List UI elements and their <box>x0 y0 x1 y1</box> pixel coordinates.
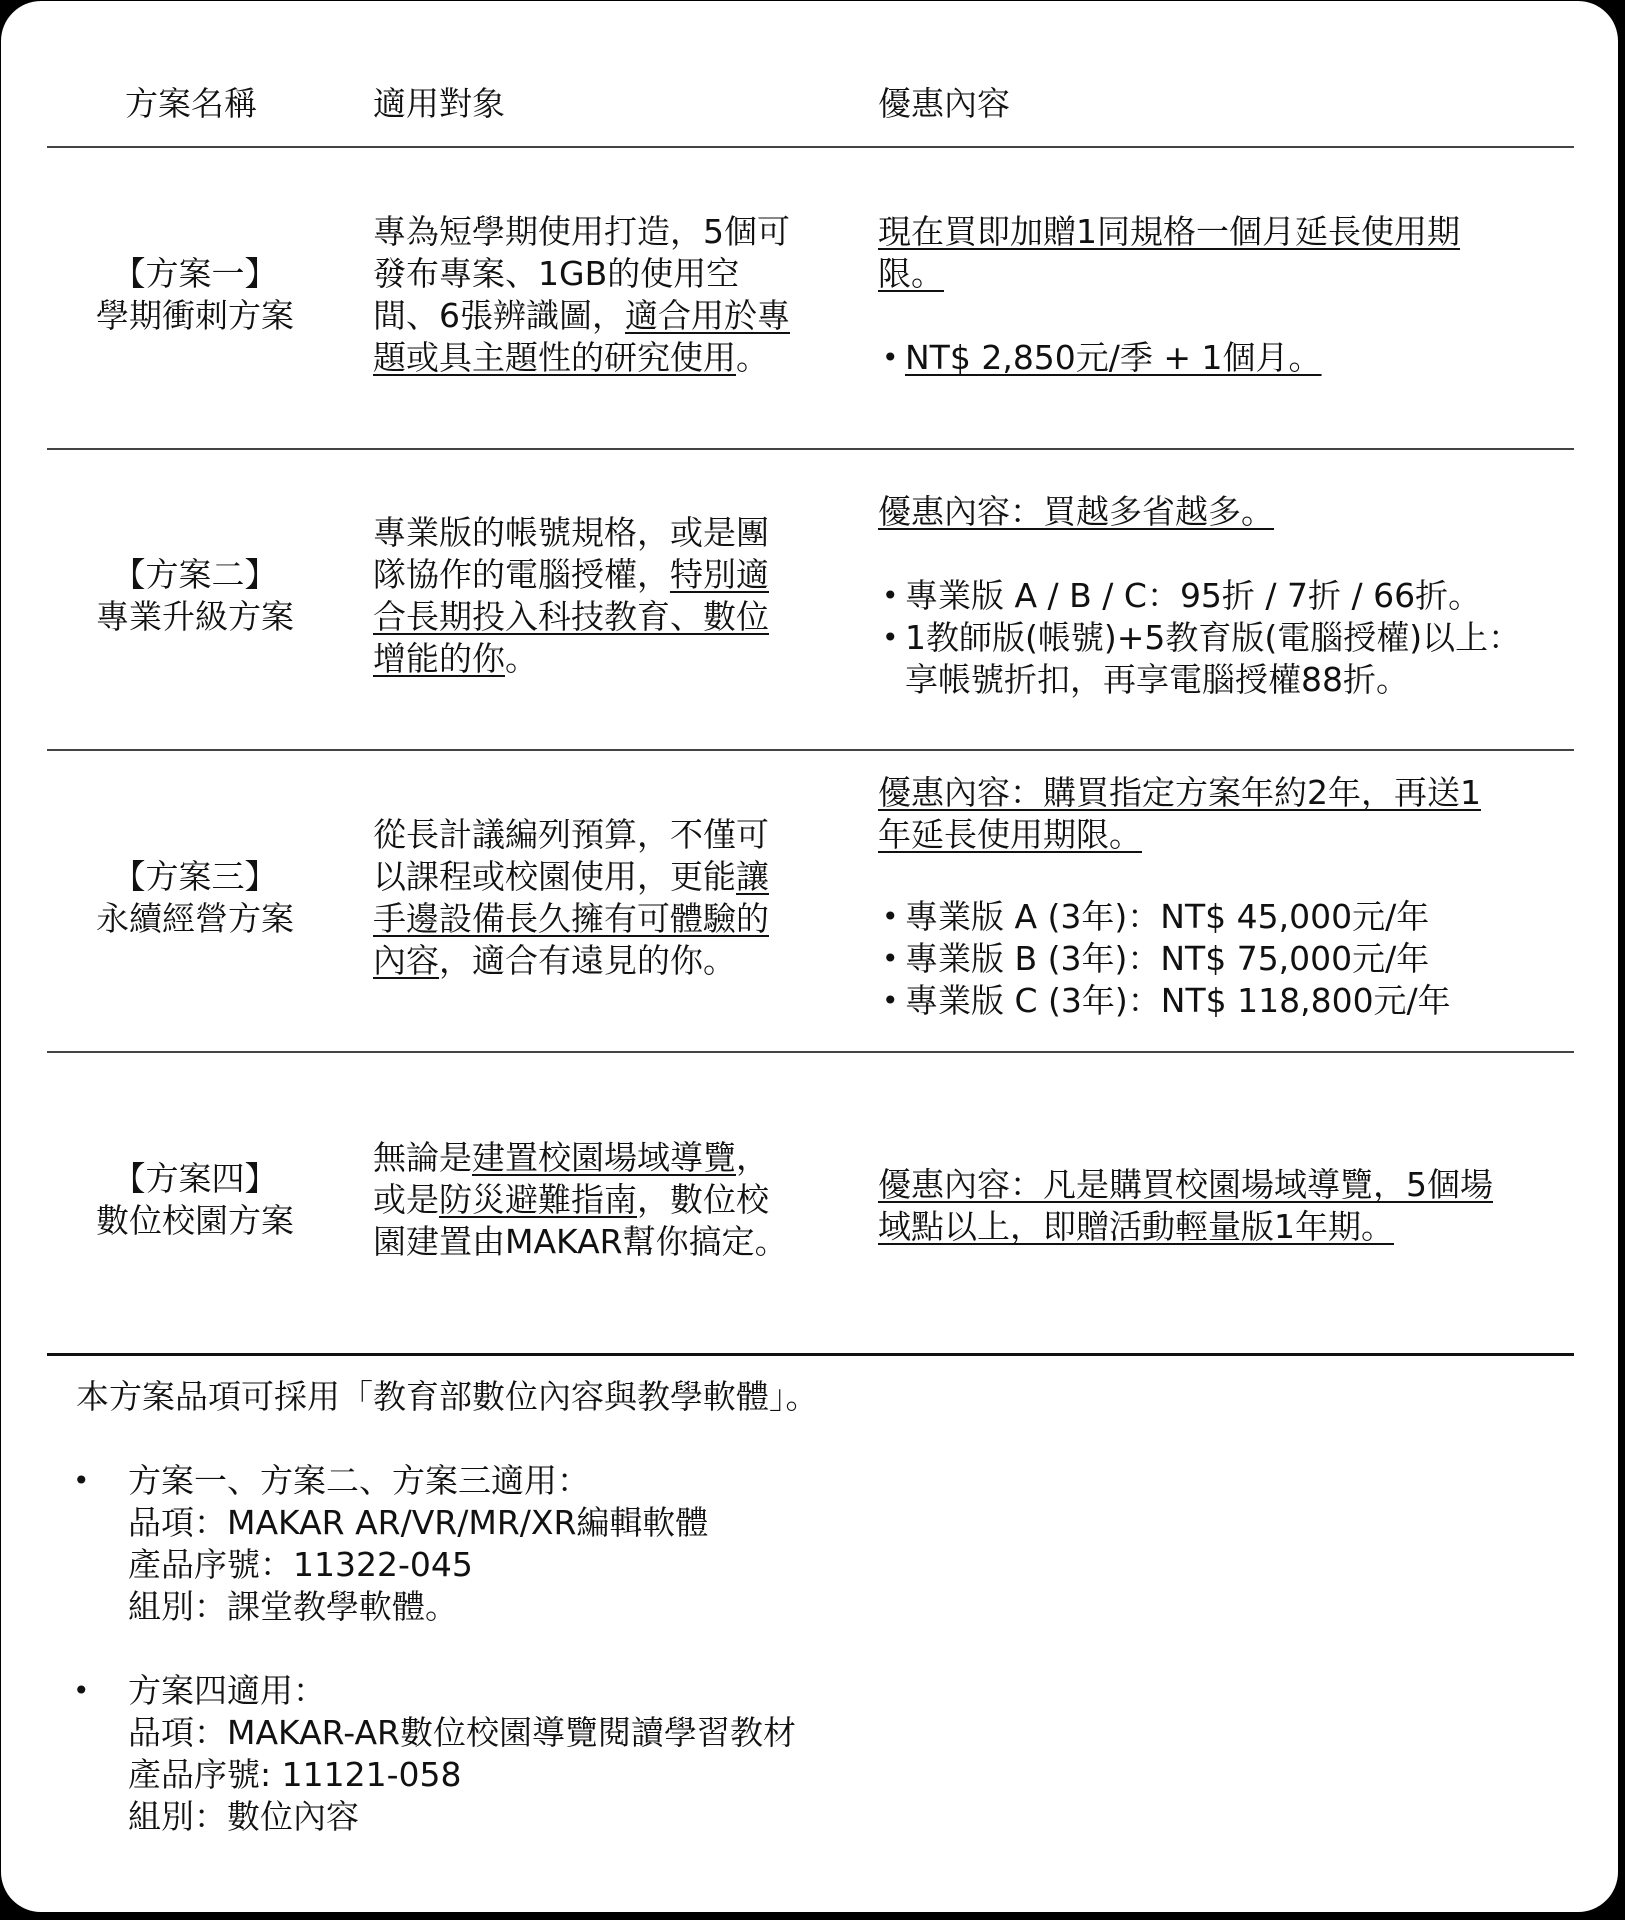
plan-1-offer-text: 限。 <box>878 254 944 293</box>
plan-1-name: 學期衝刺方案 <box>47 295 343 337</box>
bullet-icon: • <box>73 1460 90 1502</box>
plan-1-offer-text: 現在買即加贈1同規格一個月延長使用期 <box>878 212 1460 251</box>
footer-group-item: 品項：MAKAR AR/VR/MR/XR編輯軟體 <box>128 1502 819 1544</box>
plan-2-offer-text: 優惠內容：買越多省越多。 <box>878 492 1274 531</box>
plan-4-name: 數位校園方案 <box>47 1200 343 1242</box>
plan-4-title: 【方案四】 數位校園方案 <box>47 1158 343 1242</box>
bullet-icon: • <box>882 938 899 980</box>
footer-group-serial: 產品序號: 11121-058 <box>128 1754 819 1796</box>
plan-2-target-highlight: 增能的你 <box>373 639 505 678</box>
plan-3-target-highlight: 手邊設備長久擁有可體驗的 <box>373 899 769 938</box>
bullet-icon: • <box>882 980 899 1022</box>
plan-1-target-highlight: 適合用於專 <box>625 296 790 335</box>
bullet-icon: • <box>882 337 899 379</box>
plan-1-target-line: 發布專案、1GB的使用空 <box>373 253 790 295</box>
footer-notes: 本方案品項可採用「教育部數位內容與教學軟體」。 • 方案一、方案二、方案三適用：… <box>76 1376 819 1838</box>
plan-2-target-highlight: 合長期投入科技教育、數位 <box>373 597 769 636</box>
plan-2-target: 專業版的帳號規格，或是團 隊協作的電腦授權，特別適 合長期投入科技教育、數位 增… <box>373 512 769 680</box>
header-divider <box>47 146 1574 148</box>
plan-2-offer: 優惠內容：買越多省越多。 •專業版 A / B / C：95折 / 7折 / 6… <box>878 491 1521 701</box>
row-divider <box>47 749 1574 751</box>
plan-4-target-highlight: 建置校園場域導覽 <box>472 1138 736 1177</box>
footer-group-category: 組別：課堂教學軟體。 <box>128 1586 819 1628</box>
plan-4-offer-text: 優惠內容：凡是購買校園場域導覽，5個場 <box>878 1165 1493 1204</box>
plan-1-target-line: 題或具主題性的研究使用。 <box>373 337 790 379</box>
plan-4-label: 【方案四】 <box>47 1158 343 1200</box>
header-target: 適用對象 <box>373 83 505 125</box>
plan-3-target-highlight: 讓 <box>736 857 769 896</box>
bullet-icon: • <box>882 617 899 659</box>
plan-1-target-line: 專為短學期使用打造，5個可 <box>373 211 790 253</box>
plan-1-target-line: 間、6張辨識圖，適合用於專 <box>373 295 790 337</box>
plan-2-offer-bullet: •1教師版(帳號)+5教育版(電腦授權)以上： <box>878 617 1521 659</box>
footer-group-2: • 方案四適用： 品項：MAKAR-AR數位校園導覽閱讀學習教材 產品序號: 1… <box>76 1670 819 1838</box>
plans-card: 方案名稱 適用對象 優惠內容 【方案一】 學期衝刺方案 專為短學期使用打造，5個… <box>1 1 1618 1912</box>
plan-3-target-highlight: 內容 <box>373 941 439 980</box>
footer-intro: 本方案品項可採用「教育部數位內容與教學軟體」。 <box>76 1376 819 1418</box>
footer-group-category: 組別：數位內容 <box>128 1796 819 1838</box>
plan-4-target-highlight: 防災避難指南 <box>439 1180 637 1219</box>
plan-3-offer-text: 年延長使用期限。 <box>878 815 1142 854</box>
plan-3-offer-bullet: •專業版 B (3年)：NT$ 75,000元/年 <box>878 938 1481 980</box>
plan-1-label: 【方案一】 <box>47 253 343 295</box>
header-offer: 優惠內容 <box>878 83 1010 125</box>
header-plan-name: 方案名稱 <box>125 83 257 125</box>
plan-3-offer-bullet: •專業版 A (3年)：NT$ 45,000元/年 <box>878 896 1481 938</box>
footer-group-1: • 方案一、方案二、方案三適用： 品項：MAKAR AR/VR/MR/XR編輯軟… <box>76 1460 819 1628</box>
bullet-icon: • <box>73 1670 90 1712</box>
plan-1-offer: 現在買即加贈1同規格一個月延長使用期 限。 •NT$ 2,850元/季 + 1個… <box>878 211 1460 379</box>
plan-3-name: 永續經營方案 <box>47 898 343 940</box>
plan-1-title: 【方案一】 學期衝刺方案 <box>47 253 343 337</box>
plan-3-target: 從長計議編列預算，不僅可 以課程或校園使用，更能讓 手邊設備長久擁有可體驗的 內… <box>373 814 769 982</box>
footer-group-title: 方案一、方案二、方案三適用： <box>128 1460 819 1502</box>
footer-group-item: 品項：MAKAR-AR數位校園導覽閱讀學習教材 <box>128 1712 819 1754</box>
footer-group-serial: 產品序號：11322-045 <box>128 1544 819 1586</box>
plan-3-label: 【方案三】 <box>47 856 343 898</box>
plan-3-title: 【方案三】 永續經營方案 <box>47 856 343 940</box>
plan-2-label: 【方案二】 <box>47 554 343 596</box>
plan-4-offer-text: 域點以上，即贈活動輕量版1年期。 <box>878 1207 1394 1246</box>
row-divider <box>47 1051 1574 1053</box>
plan-4-target: 無論是建置校園場域導覽， 或是防災避難指南，數位校 園建置由MAKAR幫你搞定。 <box>373 1137 788 1263</box>
bullet-icon: • <box>882 896 899 938</box>
plan-1-offer-bullet: •NT$ 2,850元/季 + 1個月。 <box>878 337 1460 379</box>
row-divider <box>47 448 1574 450</box>
table-bottom-divider <box>47 1353 1574 1356</box>
plan-1-target: 專為短學期使用打造，5個可 發布專案、1GB的使用空 間、6張辨識圖，適合用於專… <box>373 211 790 379</box>
bullet-icon: • <box>882 575 899 617</box>
plan-4-offer: 優惠內容：凡是購買校園場域導覽，5個場 域點以上，即贈活動輕量版1年期。 <box>878 1164 1493 1248</box>
plan-2-offer-bullet: •專業版 A / B / C：95折 / 7折 / 66折。 <box>878 575 1521 617</box>
plan-2-title: 【方案二】 專業升級方案 <box>47 554 343 638</box>
plan-1-target-highlight: 題或具主題性的研究使用 <box>373 338 736 377</box>
plan-3-offer: 優惠內容：購買指定方案年約2年，再送1 年延長使用期限。 •專業版 A (3年)… <box>878 772 1481 1022</box>
plan-2-target-highlight: 特別適 <box>670 555 769 594</box>
plan-3-offer-bullet: •專業版 C (3年)：NT$ 118,800元/年 <box>878 980 1481 1022</box>
plan-2-name: 專業升級方案 <box>47 596 343 638</box>
plan-2-offer-bullet-continuation: 享帳號折扣，再享電腦授權88折。 <box>878 659 1521 701</box>
plan-3-offer-text: 優惠內容：購買指定方案年約2年，再送1 <box>878 773 1481 812</box>
footer-group-title: 方案四適用： <box>128 1670 819 1712</box>
